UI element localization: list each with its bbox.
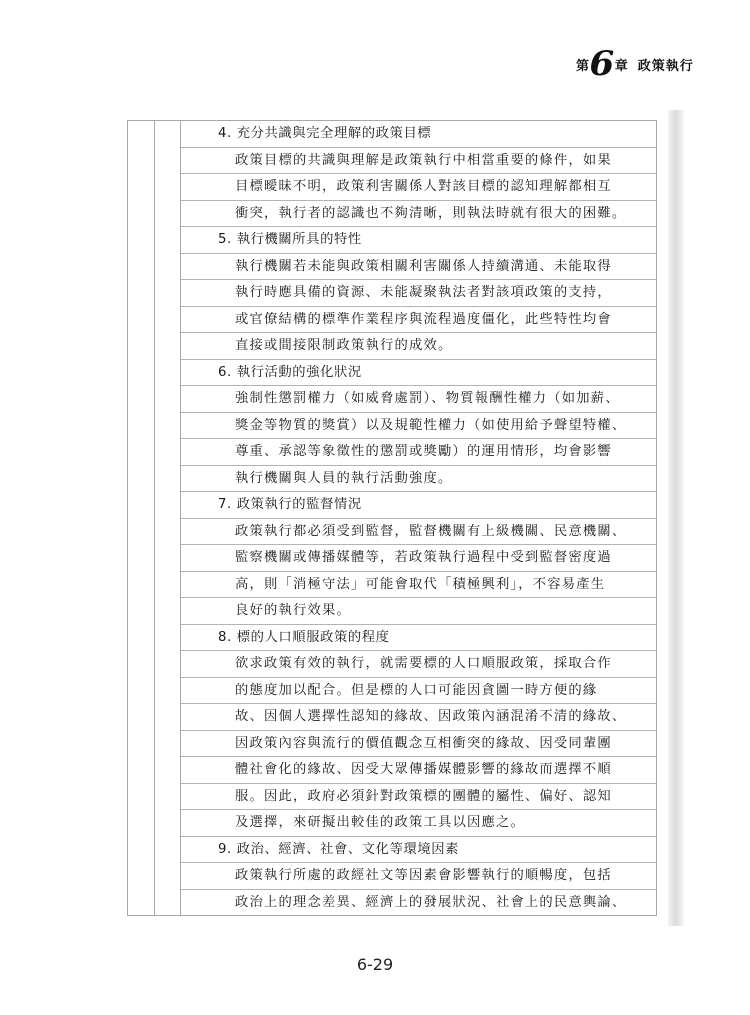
page-edge-shadow <box>668 110 684 926</box>
body-text-line: 執行機關與人員的執行活動強度。 <box>181 466 656 493</box>
body-text-line: 政治上的理念差異、經濟上的發展狀況、社會上的民意輿論、 <box>181 890 656 917</box>
body-text-line: 政策執行都必須受到監督，監督機關有上級機關、民意機關、 <box>181 519 656 546</box>
body-text-line: 良好的執行效果。 <box>181 598 656 625</box>
section-heading: 5. 執行機關所具的特性 <box>181 227 656 254</box>
body-text-line: 衝突，執行者的認識也不夠清晰，則執法時就有很大的困難。 <box>181 201 656 228</box>
margin-column-divider-1 <box>154 121 155 915</box>
section-heading: 7. 政策執行的監督情況 <box>181 492 656 519</box>
section-heading: 6. 執行活動的強化狀況 <box>181 360 656 387</box>
chapter-title: 政策執行 <box>638 55 694 74</box>
body-text-line: 及選擇，來研擬出較佳的政策工具以因應之。 <box>181 810 656 837</box>
body-text-line: 欲求政策有效的執行，就需要標的人口順服政策，採取合作 <box>181 651 656 678</box>
body-text-line: 的態度加以配合。但是標的人口可能因貪圖一時方便的緣 <box>181 678 656 705</box>
chapter-suffix: 章 <box>615 55 628 74</box>
chapter-number: 6 <box>589 50 614 78</box>
body-text-line: 因政策內容與流行的價值觀念互相衝突的緣故、因受同輩團 <box>181 731 656 758</box>
body-text-line: 直接或間接限制政策執行的成效。 <box>181 333 656 360</box>
lined-content-table: 4. 充分共識與完全理解的政策目標政策目標的共識與理解是政策執行中相當重要的條件… <box>127 120 657 916</box>
body-text-line: 執行時應具備的資源、未能凝聚執法者對該項政策的支持， <box>181 280 656 307</box>
body-text-line: 尊重、承認等象徵性的懲罰或獎勵）的運用情形，均會影響 <box>181 439 656 466</box>
chapter-header: 第 6 章 政策執行 <box>576 50 694 78</box>
section-heading: 9. 政治、經濟、社會、文化等環境因素 <box>181 837 656 864</box>
body-text-line: 或官僚結構的標準作業程序與流程過度僵化，此些特性均會 <box>181 307 656 334</box>
body-text-line: 體社會化的緣故、因受大眾傳播媒體影響的緣故而選擇不順 <box>181 757 656 784</box>
body-text-line: 監察機關或傳播媒體等，若政策執行過程中受到監督密度過 <box>181 545 656 572</box>
page-number: 6-29 <box>0 955 750 974</box>
body-text-line: 目標曖昧不明，政策利害關係人對該目標的認知理解都相互 <box>181 174 656 201</box>
body-text-line: 獎金等物質的獎賞）以及規範性權力（如使用給予聲望特權、 <box>181 413 656 440</box>
chapter-prefix: 第 <box>576 55 589 74</box>
body-text-line: 政策執行所處的政經社文等因素會影響執行的順暢度，包括 <box>181 863 656 890</box>
body-text-line: 強制性懲罰權力（如威脅處罰）、物質報酬性權力（如加薪、 <box>181 386 656 413</box>
body-text-line: 服。因此，政府必須針對政策標的團體的屬性、偏好、認知 <box>181 784 656 811</box>
section-heading: 4. 充分共識與完全理解的政策目標 <box>181 121 656 148</box>
body-text-line: 高，則「消極守法」可能會取代「積極興利」，不容易產生 <box>181 572 656 599</box>
content-rows: 4. 充分共識與完全理解的政策目標政策目標的共識與理解是政策執行中相當重要的條件… <box>181 121 656 915</box>
body-text-line: 故、因個人選擇性認知的緣故、因政策內涵混淆不清的緣故、 <box>181 704 656 731</box>
section-heading: 8. 標的人口順服政策的程度 <box>181 625 656 652</box>
body-text-line: 執行機關若未能與政策相關利害關係人持續溝通、未能取得 <box>181 254 656 281</box>
body-text-line: 政策目標的共識與理解是政策執行中相當重要的條件，如果 <box>181 148 656 175</box>
